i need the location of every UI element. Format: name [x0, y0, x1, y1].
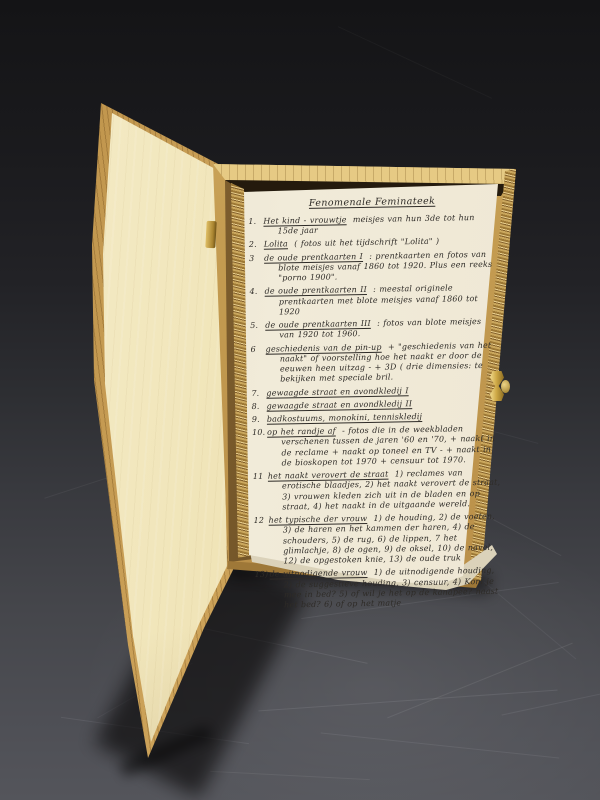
- item-lead: gewaagde straat en avondkledij II: [267, 399, 413, 411]
- item-body: de oude prentkaarten III : fotos van blo…: [265, 317, 498, 342]
- item-number: 9.: [252, 415, 267, 425]
- item-lead: de oude prentkaarten I: [264, 252, 363, 263]
- photograph-scene: Fenomenale Feminateek 1.Het kind - vrouw…: [0, 0, 600, 800]
- item-body: de uitnodigende vrouw 1) de uitnodigende…: [269, 566, 503, 611]
- list-item: 12het typische der vrouw 1) de houding, …: [254, 512, 503, 567]
- item-number: 5.: [250, 321, 265, 342]
- item-number: 12: [254, 516, 270, 567]
- item-body: badkostuums, monokini, tenniskledij: [267, 411, 500, 425]
- list-item: 10.op het randje af - fotos die in de we…: [252, 424, 501, 469]
- list-item: 8.gewaagde straat en avondkledij II: [252, 397, 500, 412]
- list-item: 2.Lolita ( fotos uit het tijdschrift "Lo…: [249, 236, 497, 251]
- item-number: 13): [254, 570, 270, 611]
- item-body: geschiedenis van de pin-up + "geschieden…: [266, 340, 500, 385]
- item-number: 10.: [252, 428, 268, 469]
- item-rest: ( fotos uit het tijdschrift "Lolita" ): [294, 237, 439, 249]
- item-number: 1.: [248, 217, 263, 238]
- handwritten-page: Fenomenale Feminateek 1.Het kind - vrouw…: [248, 195, 502, 571]
- brass-hinge: [205, 221, 216, 248]
- item-body: het typische der vrouw 1) de houding, 2)…: [269, 512, 503, 567]
- item-body: gewaagde straat en avondkledij I: [266, 384, 499, 398]
- handwritten-list: 1.Het kind - vrouwtje meisjes van hun 3d…: [248, 213, 503, 611]
- list-item: 4.de oude prentkaarten II : meestal orig…: [250, 283, 498, 318]
- item-lead: Het kind - vrouwtje: [263, 215, 346, 225]
- item-lead: het typische der vrouw: [269, 514, 368, 525]
- item-body: de oude prentkaarten I : prentkaarten en…: [264, 249, 498, 284]
- list-item: 3de oude prentkaarten I : prentkaarten e…: [249, 249, 497, 284]
- item-body: gewaagde straat en avondkledij II: [267, 397, 500, 411]
- item-number: 7.: [251, 388, 266, 398]
- list-item: 11het naakt verovert de straat 1) reclam…: [253, 468, 502, 513]
- item-lead: de oude prentkaarten III: [265, 319, 371, 330]
- item-lead: de uitnodigende vrouw: [269, 568, 367, 579]
- item-number: 6: [251, 344, 267, 385]
- item-lead: geschiedenis van de pin-up: [266, 342, 382, 353]
- item-lead: op het randje af: [267, 427, 336, 437]
- list-item: 7.gewaagde straat en avondkledij I: [251, 384, 499, 399]
- item-number: 2.: [249, 240, 264, 250]
- item-number: 3: [249, 253, 265, 284]
- item-number: 11: [253, 472, 269, 513]
- item-body: op het randje af - fotos die in de weekb…: [267, 424, 501, 469]
- brass-clasp: [488, 369, 514, 403]
- item-body: het naakt verovert de straat 1) reclames…: [268, 468, 502, 513]
- item-body: Lolita ( fotos uit het tijdschrift "Loli…: [264, 236, 497, 250]
- item-lead: Lolita: [264, 240, 288, 249]
- list-item: 6geschiedenis van de pin-up + "geschiede…: [251, 340, 500, 385]
- list-item: 9.badkostuums, monokini, tenniskledij: [252, 411, 500, 426]
- item-body: de oude prentkaarten II : meestal origin…: [265, 283, 499, 318]
- item-lead: badkostuums, monokini, tenniskledij: [267, 412, 422, 424]
- list-item: 5.de oude prentkaarten III : fotos van b…: [250, 317, 498, 342]
- list-item: 1.Het kind - vrouwtje meisjes van hun 3d…: [248, 213, 496, 238]
- item-number: 8.: [252, 401, 267, 411]
- item-body: Het kind - vrouwtje meisjes van hun 3de …: [263, 213, 496, 238]
- item-lead: de oude prentkaarten II: [265, 285, 367, 296]
- list-item: 13)de uitnodigende vrouw 1) de uitnodige…: [254, 566, 503, 611]
- clasp-nub: [501, 380, 510, 393]
- item-lead: gewaagde straat en avondkledij I: [266, 386, 408, 397]
- item-number: 4.: [250, 287, 266, 318]
- item-lead: het naakt verovert de straat: [268, 470, 389, 481]
